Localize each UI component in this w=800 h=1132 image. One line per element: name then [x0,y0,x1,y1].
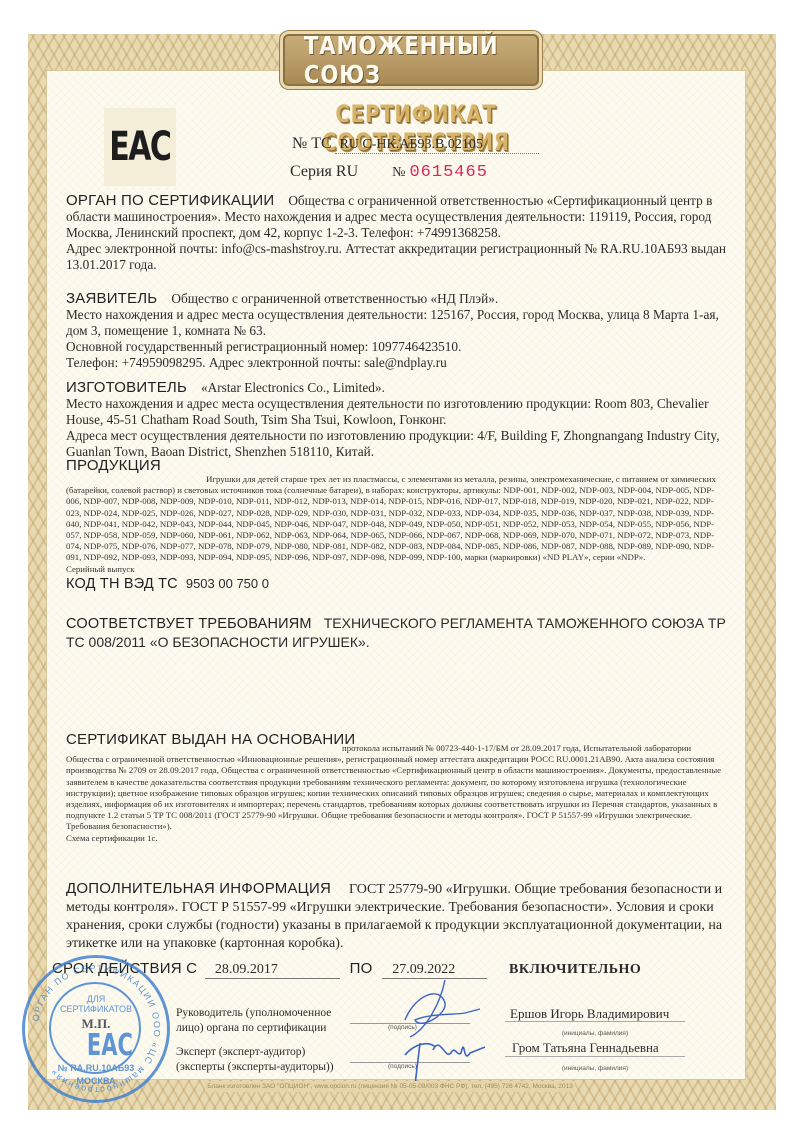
series-number: 0615465 [409,163,487,182]
product-release: Серийный выпуск [66,564,726,575]
validity-to-label: ПО [350,960,373,977]
eac-logo-icon: EAC [109,124,170,170]
certification-body-section: ОРГАН ПО СЕРТИФИКАЦИИОбщества с ограниче… [66,193,726,273]
customs-union-banner: ТАМОЖЕННЫЙ СОЮЗ [283,34,539,86]
conformity-heading: СООТВЕТСТВУЕТ ТРЕБОВАНИЯМ [66,616,312,632]
head-label-line-1: Руководитель (уполномоченное [176,1006,356,1021]
head-name: Ершов Игорь Владимирович [510,1006,669,1022]
applicant-heading: ЗАЯВИТЕЛЬ [66,290,157,307]
stamp-eac-icon: EAC [87,1028,133,1063]
validity-from-date: 28.09.2017 [205,962,340,979]
validity-inclusive: ВКЛЮЧИТЕЛЬНО [509,962,641,977]
applicant-contacts: Телефон: +74959098295. Адрес электронной… [66,355,447,370]
manufacturer-production: Адреса мест осуществления деятельности п… [66,428,720,459]
manufacturer-heading: ИЗГОТОВИТЕЛЬ [66,379,187,396]
tc-number: RU С-НК.АБ93.В.02105 [335,137,539,154]
stamp-accreditation: № RA.RU.10АБ93 [25,1063,167,1073]
additional-section: ДОПОЛНИТЕЛЬНАЯ ИНФОРМАЦИЯГОСТ 25779-90 «… [66,880,726,953]
product-description: Игрушки для детей старше трех лет из пла… [66,474,726,564]
certification-body-heading: ОРГАН ПО СЕРТИФИКАЦИИ [66,192,274,209]
printer-footer-text: Бланк изготовлен ЗАО "ОПЦИОН", www.opcio… [207,1083,572,1090]
basis-heading: СЕРТИФИКАТ ВЫДАН НА ОСНОВАНИИ [66,731,355,748]
tc-number-row: № ТС RU С-НК.АБ93.В.02105 [292,135,539,154]
expert-label-line-2: (эксперты (эксперты-аудиторы)) [176,1060,376,1075]
official-stamp: ОРГАН ПО СЕРТИФИКАЦИИ ООО «ЦС машиностро… [22,955,170,1103]
applicant-address: Место нахождения и адрес места осуществл… [66,307,719,338]
tn-ved-heading: КОД ТН ВЭД ТС [66,576,178,592]
expert-label-line-1: Эксперт (эксперт-аудитор) [176,1045,376,1060]
certification-body-accreditation: Адрес электронной почты: info@cs-mashstr… [66,241,726,272]
printer-footer: Бланк изготовлен ЗАО "ОПЦИОН", www.opcio… [205,1081,575,1092]
conformity-section: СООТВЕТСТВУЕТ ТРЕБОВАНИЯМТЕХНИЧЕСКОГО РЕ… [66,614,726,651]
eac-logo: EAC [104,108,176,186]
basis-text: протокола испытаний № 00723-440-1-17/БМ … [66,743,726,833]
head-name-caption-wrap: (инициалы, фамилия) [505,1021,685,1040]
manufacturer-section: ИЗГОТОВИТЕЛЬ«Arstar Electronics Co., Lim… [66,380,726,460]
manufacturer-name: «Arstar Electronics Co., Limited». [201,380,385,395]
series-row: Серия RU № 0615465 [290,163,488,182]
series-no-label: № [392,165,405,180]
product-heading: ПРОДУКЦИЯ [66,458,712,474]
stamp-middle-text: СЕРТИФИКАТОВ [25,1004,167,1014]
certification-scheme: Схема сертификации 1с. [66,833,726,844]
head-label-line-2: лицо) органа по сертификации [176,1021,356,1036]
stamp-top-text: ДЛЯ [25,994,167,1004]
tn-ved-code: 9503 00 750 0 [186,576,269,591]
tc-label: № ТС [292,135,332,152]
head-label: Руководитель (уполномоченное лицо) орган… [176,1006,356,1036]
applicant-section: ЗАЯВИТЕЛЬОбщество с ограниченной ответст… [66,291,726,371]
head-name-caption: (инициалы, фамилия) [562,1030,628,1037]
additional-heading: ДОПОЛНИТЕЛЬНАЯ ИНФОРМАЦИЯ [66,880,331,897]
expert-label: Эксперт (эксперт-аудитор) (эксперты (экс… [176,1045,376,1075]
basis-section: СЕРТИФИКАТ ВЫДАН НА ОСНОВАНИИ протокола … [66,732,726,844]
expert-name-caption: (инициалы, фамилия) [562,1065,628,1072]
applicant-ogrn: Основной государственный регистрационный… [66,339,461,354]
expert-name-caption-wrap: (инициалы, фамилия) [505,1056,685,1075]
banner-text: ТАМОЖЕННЫЙ СОЮЗ [304,31,518,89]
series-label: Серия RU [290,163,358,180]
expert-name: Гром Татьяна Геннадьевна [512,1040,659,1056]
stamp-city: МОСКВА [25,1076,167,1086]
product-section: ПРОДУКЦИЯ Игрушки для детей старше трех … [66,458,726,575]
signature-marks [385,975,495,1085]
applicant-name: Общество с ограниченной ответственностью… [171,291,498,306]
tn-ved-section: КОД ТН ВЭД ТС9503 00 750 0 [66,576,726,592]
manufacturer-address: Место нахождения и адрес места осуществл… [66,396,709,427]
